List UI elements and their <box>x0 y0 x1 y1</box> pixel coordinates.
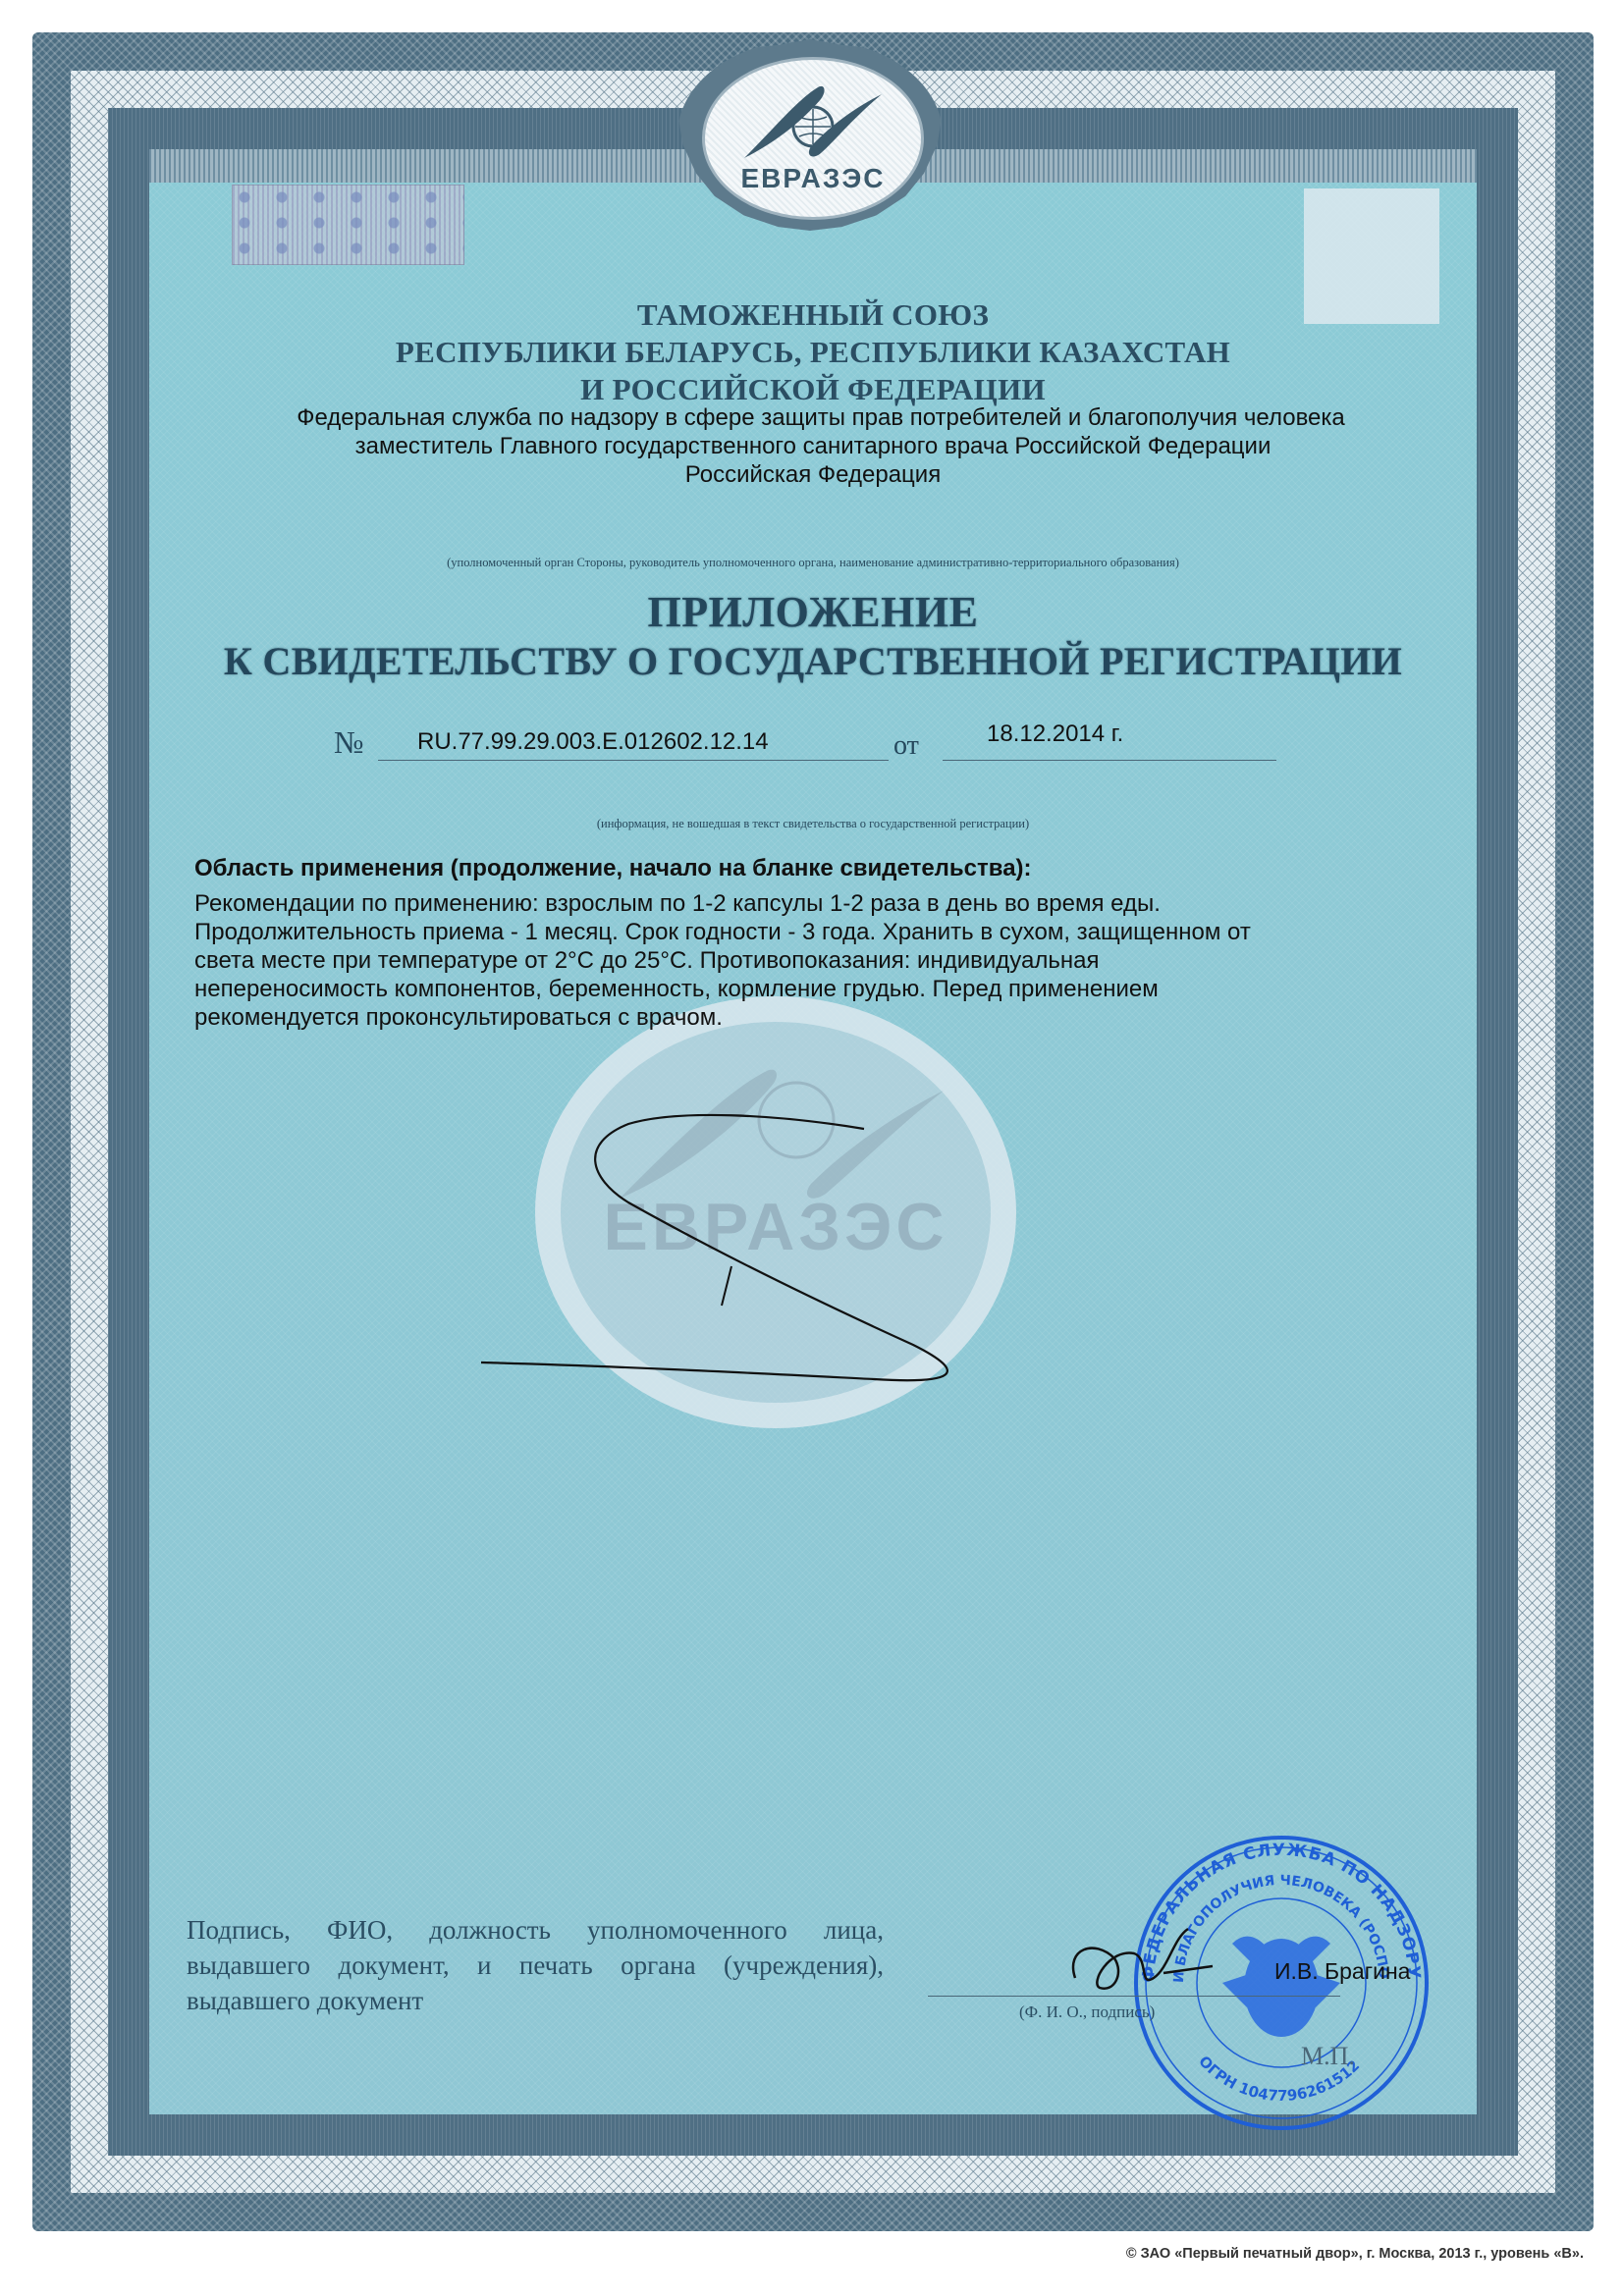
scope-line: непереносимость компонентов, беременност… <box>194 975 1422 1003</box>
registration-date: 18.12.2014 г. <box>987 721 1123 748</box>
registration-row: № RU.77.99.29.003.E.012602.12.14 от 18.1… <box>334 719 1276 768</box>
signature-stroke-small <box>1055 1919 1222 2007</box>
double-headed-eagle-icon <box>1222 1937 1340 2037</box>
number-underline <box>378 760 889 761</box>
printer-copyright: © ЗАО «Первый печатный двор», г. Москва,… <box>1126 2246 1584 2262</box>
application-scope: Область применения (продолжение, начало … <box>194 854 1422 1032</box>
authority-line3: Российская Федерация <box>149 461 1477 489</box>
registration-caption: (информация, не вошедшая в текст свидете… <box>149 817 1477 831</box>
scope-line: Продолжительность приема - 1 месяц. Срок… <box>194 918 1422 946</box>
seal-label: М.П. <box>1301 2042 1355 2071</box>
scope-line: Рекомендации по применению: взрослым по … <box>194 889 1422 918</box>
signatory-caption: Подпись, ФИО, должность уполномоченного … <box>187 1912 884 2018</box>
union-title-line3: И РОССИЙСКОЙ ФЕДЕРАЦИИ <box>149 371 1477 407</box>
number-label: № <box>334 724 364 761</box>
union-title-line1: ТАМОЖЕННЫЙ СОЮЗ <box>149 296 1477 333</box>
signatory-name: И.В. Брагина <box>1274 1958 1410 1985</box>
document-subtitle: К СВИДЕТЕЛЬСТВУ О ГОСУДАРСТВЕННОЙ РЕГИСТ… <box>149 638 1477 684</box>
scope-heading: Область применения (продолжение, начало … <box>194 854 1422 883</box>
date-label: от <box>893 730 919 762</box>
union-title-line2: РЕСПУБЛИКИ БЕЛАРУСЬ, РЕСПУБЛИКИ КАЗАХСТА… <box>149 334 1477 370</box>
authority-caption: (уполномоченный орган Стороны, руководит… <box>149 556 1477 570</box>
authority-line2: заместитель Главного государственного са… <box>149 433 1477 460</box>
eurasec-emblem: ЕВРАЗЭС <box>702 57 924 220</box>
signature-stroke-large <box>481 1099 1070 1394</box>
document-title: ПРИЛОЖЕНИЕ <box>149 587 1477 637</box>
scope-line: рекомендуется проконсультироваться с вра… <box>194 1003 1422 1032</box>
scope-line: света месте при температуре от 2°С до 25… <box>194 946 1422 975</box>
emblem-text: ЕВРАЗЭС <box>705 163 921 194</box>
date-underline <box>943 760 1276 761</box>
registration-number: RU.77.99.29.003.E.012602.12.14 <box>417 728 769 756</box>
authority-line1: Федеральная служба по надзору в сфере за… <box>157 404 1485 432</box>
hologram-left <box>232 185 464 265</box>
